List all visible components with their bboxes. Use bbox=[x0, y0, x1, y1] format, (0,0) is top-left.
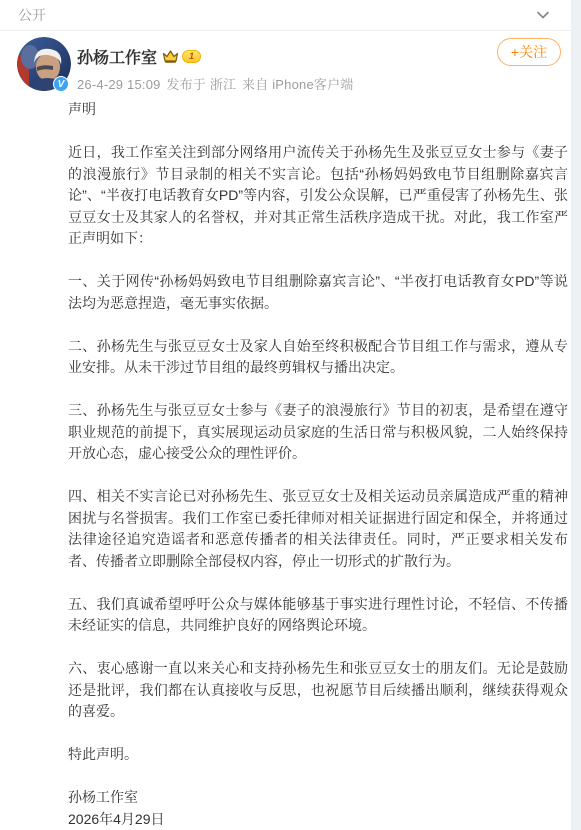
statement-point-3: 三、孙杨先生与张豆豆女士参与《妻子的浪漫旅行》节目的初衷，是希望在遵守职业规范的… bbox=[68, 400, 568, 465]
verified-badge-icon: V bbox=[53, 76, 69, 92]
statement-point-2: 二、孙杨先生与张豆豆女士及家人自始至终积极配合节目组工作与需求，遵从专业安排。从… bbox=[68, 336, 568, 379]
weibo-post-page: 公开 bbox=[0, 0, 572, 830]
statement-closing: 特此声明。 bbox=[68, 744, 568, 766]
username[interactable]: 孙杨工作室 bbox=[77, 45, 157, 68]
statement-point-5: 五、我们真诚希望呼吁公众与媒体能够基于事实进行理性讨论，不轻信、不传播未经证实的… bbox=[68, 594, 568, 637]
post-meta: 26-4-29 15:09 发布于 浙江 来自 iPhone客户端 bbox=[77, 74, 356, 93]
post-header: V 孙杨工作室 1 26-4-29 15:09 发布于 浙江 来自 iPhone… bbox=[0, 31, 571, 91]
visibility-selector[interactable]: 公开 bbox=[18, 5, 46, 25]
post-source: 来自 iPhone客户端 bbox=[242, 77, 354, 92]
header-info: 孙杨工作室 1 26-4-29 15:09 发布于 浙江 来自 iPhone客户… bbox=[77, 37, 356, 91]
visibility-bar: 公开 bbox=[0, 0, 571, 31]
statement-intro: 近日，我工作室关注到部分网络用户流传关于孙杨先生及张豆豆女士参与《妻子的浪漫旅行… bbox=[68, 142, 568, 250]
avatar[interactable]: V bbox=[17, 37, 71, 91]
statement-point-1: 一、关于网传“孙杨妈妈致电节目组删除嘉宾言论”、“半夜打电话教育女PD”等说法均… bbox=[68, 271, 568, 314]
vip-crown-icon bbox=[162, 49, 179, 64]
member-level-badge: 1 bbox=[182, 50, 201, 63]
post-timestamp: 26-4-29 15:09 bbox=[77, 77, 161, 92]
follow-button[interactable]: +关注 bbox=[497, 38, 561, 66]
signature-date: 2026年4月29日 bbox=[68, 809, 568, 830]
statement-title: 声明 bbox=[68, 99, 568, 121]
chevron-down-icon[interactable] bbox=[535, 7, 551, 23]
post-region: 发布于 浙江 bbox=[166, 77, 236, 92]
post-content: 声明 近日，我工作室关注到部分网络用户流传关于孙杨先生及张豆豆女士参与《妻子的浪… bbox=[68, 99, 568, 830]
statement-point-4: 四、相关不实言论已对孙杨先生、张豆豆女士及相关运动员亲属造成严重的精神困扰与名誉… bbox=[68, 486, 568, 572]
signature-name: 孙杨工作室 bbox=[68, 787, 568, 809]
statement-point-6: 六、衷心感谢一直以来关心和支持孙杨先生和张豆豆女士的朋友们。无论是鼓励还是批评，… bbox=[68, 658, 568, 723]
